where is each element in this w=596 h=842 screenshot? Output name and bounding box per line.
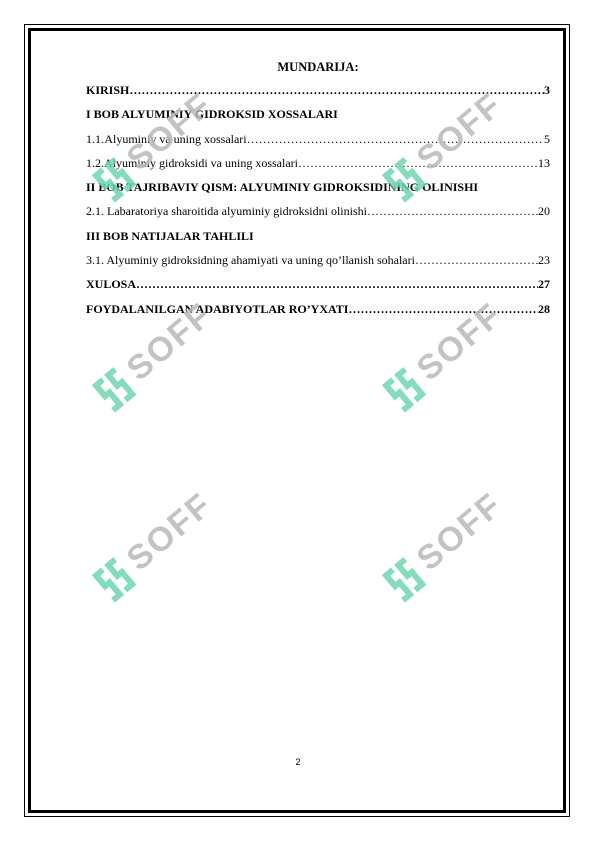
toc-entry-page: 27 (538, 272, 550, 296)
toc-entry-title: Alyuminiy gidroksidi va uning xossalari (104, 151, 298, 175)
toc-entry-title: Alyuminiy va uning xossalari (104, 127, 246, 151)
toc-entry[interactable]: XULOSA27 (86, 272, 550, 296)
toc-entry[interactable]: 1.2.Alyuminiy gidroksidi va uning xossal… (86, 151, 550, 175)
toc-entry-page: 20 (538, 199, 550, 223)
toc-entry-title: I BOB ALYUMINIY GIDROKSID XOSSALARI (86, 102, 550, 126)
toc-dot-leader (367, 199, 538, 223)
toc-entry[interactable]: 2.1. Labaratoriya sharoitida alyuminiy g… (86, 199, 550, 223)
toc-entry-number: 1.2. (86, 151, 104, 175)
table-of-contents: MUNDARIJA: KIRISH3I BOB ALYUMINIY GIDROK… (86, 56, 550, 321)
toc-entry[interactable]: 3.1. Alyuminiy gidroksidning ahamiyati v… (86, 248, 550, 272)
toc-dot-leader (348, 297, 538, 321)
toc-entry[interactable]: FOYDALANILGAN ADABIYOTLAR RO’YXATI28 (86, 297, 550, 321)
toc-entry-title: KIRISH (86, 78, 129, 102)
toc-entry-title: XULOSA (86, 272, 136, 296)
toc-dot-leader (136, 272, 538, 296)
toc-entry-title: III BOB NATIJALAR TAHLILI (86, 224, 550, 248)
toc-entry-page: 23 (538, 248, 550, 272)
toc-entry[interactable]: KIRISH3 (86, 78, 550, 102)
toc-entry-page: 28 (538, 297, 550, 321)
toc-entry-page: 3 (544, 78, 550, 102)
toc-entry[interactable]: III BOB NATIJALAR TAHLILI (86, 224, 550, 248)
toc-list: KIRISH3I BOB ALYUMINIY GIDROKSID XOSSALA… (86, 78, 550, 321)
toc-entry-title: II BOB TAJRIBAVIY QISM: ALYUMINIY GIDROK… (86, 175, 550, 199)
toc-entry-title: 2.1. Labaratoriya sharoitida alyuminiy g… (86, 199, 367, 223)
toc-entry[interactable]: 1.1.Alyuminiy va uning xossalari5 (86, 127, 550, 151)
toc-entry-number: 1.1. (86, 127, 104, 151)
page-number: 2 (0, 757, 596, 767)
toc-entry[interactable]: II BOB TAJRIBAVIY QISM: ALYUMINIY GIDROK… (86, 175, 550, 199)
toc-entry-page: 13 (538, 151, 550, 175)
toc-entry[interactable]: I BOB ALYUMINIY GIDROKSID XOSSALARI (86, 102, 550, 126)
toc-dot-leader (247, 127, 544, 151)
toc-entry-title: FOYDALANILGAN ADABIYOTLAR RO’YXATI (86, 297, 348, 321)
toc-dot-leader (298, 151, 538, 175)
toc-entry-title: 3.1. Alyuminiy gidroksidning ahamiyati v… (86, 248, 415, 272)
toc-title: MUNDARIJA: (86, 56, 550, 78)
toc-dot-leader (129, 78, 544, 102)
toc-entry-page: 5 (544, 127, 550, 151)
toc-dot-leader (415, 248, 538, 272)
